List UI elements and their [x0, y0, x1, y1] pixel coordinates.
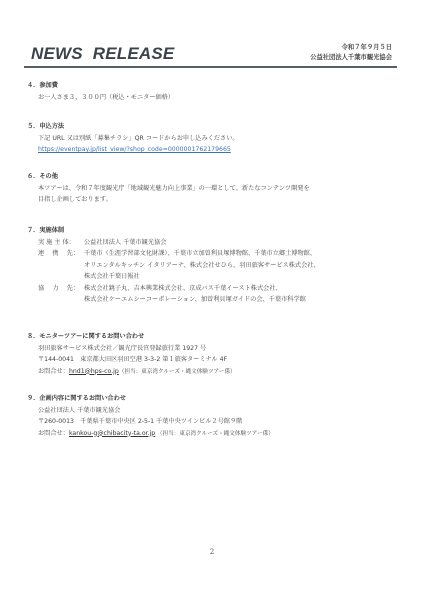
- section-heading: ７．実施体制: [27, 225, 320, 237]
- application-text: 下記 URL 又は別紙「募集チラシ」QR コードからお申し込みください。: [27, 133, 239, 145]
- contact-line: お問合せ：kankou-g@chibacity-ta.or.jp （担当：東京湾…: [27, 428, 274, 441]
- section-monitor-contact: ８．モニターツアーに関するお問い合わせ 羽田旅客サービス株式会社／観光庁長官登録…: [27, 331, 236, 378]
- row-value: 株式会社銚子丸、吉本興業株式会社、京成バス千葉イースト株式会社、: [84, 283, 320, 295]
- fee-text: お一人さま３，３００円（税込・モニター価格）: [27, 92, 174, 104]
- section-fee: ４．参加費 お一人さま３，３００円（税込・モニター価格）: [27, 80, 174, 103]
- other-text-line: 目指し企画しております。: [27, 194, 310, 206]
- org-row-cooperators: 協 力 先： 株式会社銚子丸、吉本興業株式会社、京成バス千葉イースト株式会社、 …: [38, 283, 320, 306]
- section-heading: ５．申込方法: [27, 121, 239, 133]
- contact-note: （担当：東京湾クルーズ・縄文体験ツアー係）: [155, 431, 274, 437]
- contact-company: 公益社団法人 千葉市観光協会: [27, 405, 274, 417]
- row-value: オリエンタルキッチン イタリアーナ、株式会社せひら、羽田旅客サービス株式会社、: [84, 260, 320, 272]
- contact-company: 羽田旅客サービス株式会社／観光庁長官登録旅行業 1927 号: [27, 343, 236, 355]
- org-row-partners: 連 携 先： 千葉市（生涯学習部文化財課）、千葉市立加曽利貝塚博物館、千葉市立郷…: [38, 248, 320, 283]
- row-value: 公益社団法人 千葉市観光協会: [84, 237, 320, 249]
- section-heading: ９．企画内容に関するお問い合わせ: [27, 393, 274, 405]
- contact-address: 〒260-0013 千葉県千葉市中央区 2-5-1 千葉中央ツインビル２号館９階: [27, 416, 274, 428]
- contact-address: 〒144-0041 東京都大田区羽田空港 3-3-2 第１旅客ターミナル 4F: [27, 354, 236, 366]
- row-value: 株式会社千葉日報社: [84, 271, 320, 283]
- header-meta: 令和７年９月５日 公益社団法人千葉市観光協会: [310, 43, 392, 63]
- contact-prefix: お問合せ：: [38, 368, 69, 375]
- other-text-line: 本ツアーは、令和７年度観光庁「地域観光魅力向上事業」の一環として、新たなコンテン…: [27, 183, 310, 195]
- section-organization: ７．実施体制 実 施 主 体： 公益社団法人 千葉市観光協会 連 携 先： 千葉…: [27, 225, 320, 306]
- org-row-host: 実 施 主 体： 公益社団法人 千葉市観光協会: [38, 237, 320, 249]
- organization-name: 公益社団法人千葉市観光協会: [310, 53, 392, 63]
- row-label: 連 携 先：: [38, 248, 84, 283]
- application-link[interactable]: https://eventpay.jp/list_view/?shop_code…: [38, 146, 231, 153]
- row-value: 株式会社ケーエムシーコーポレーション、加曽利貝塚ガイドの会、千葉市科学館: [84, 294, 320, 306]
- page-header: NEWS RELEASE 令和７年９月５日 公益社団法人千葉市観光協会: [24, 36, 397, 68]
- news-release-title: NEWS RELEASE: [31, 44, 174, 64]
- contact-note: （担当：東京湾クルーズ・縄文体験ツアー係）: [119, 369, 236, 375]
- contact-email-link[interactable]: hnd1@hps-co.jp: [69, 368, 119, 375]
- contact-email-link[interactable]: kankou-g@chibacity-ta.or.jp: [69, 430, 155, 437]
- section-heading: ４．参加費: [27, 80, 174, 92]
- section-heading: ６．その他: [27, 171, 310, 183]
- contact-prefix: お問合せ：: [38, 430, 69, 437]
- section-other: ６．その他 本ツアーは、令和７年度観光庁「地域観光魅力向上事業」の一環として、新…: [27, 171, 310, 206]
- release-date: 令和７年９月５日: [310, 43, 392, 53]
- page-number: 2: [0, 548, 424, 556]
- section-heading: ８．モニターツアーに関するお問い合わせ: [27, 331, 236, 343]
- row-value: 千葉市（生涯学習部文化財課）、千葉市立加曽利貝塚博物館、千葉市立郷土博物館、: [84, 248, 320, 260]
- section-planning-contact: ９．企画内容に関するお問い合わせ 公益社団法人 千葉市観光協会 〒260-001…: [27, 393, 274, 440]
- contact-line: お問合せ：hnd1@hps-co.jp（担当：東京湾クルーズ・縄文体験ツアー係）: [27, 366, 236, 379]
- row-label: 実 施 主 体：: [38, 237, 84, 249]
- section-application: ５．申込方法 下記 URL 又は別紙「募集チラシ」QR コードからお申し込みくだ…: [27, 121, 239, 156]
- row-label: 協 力 先：: [38, 283, 84, 306]
